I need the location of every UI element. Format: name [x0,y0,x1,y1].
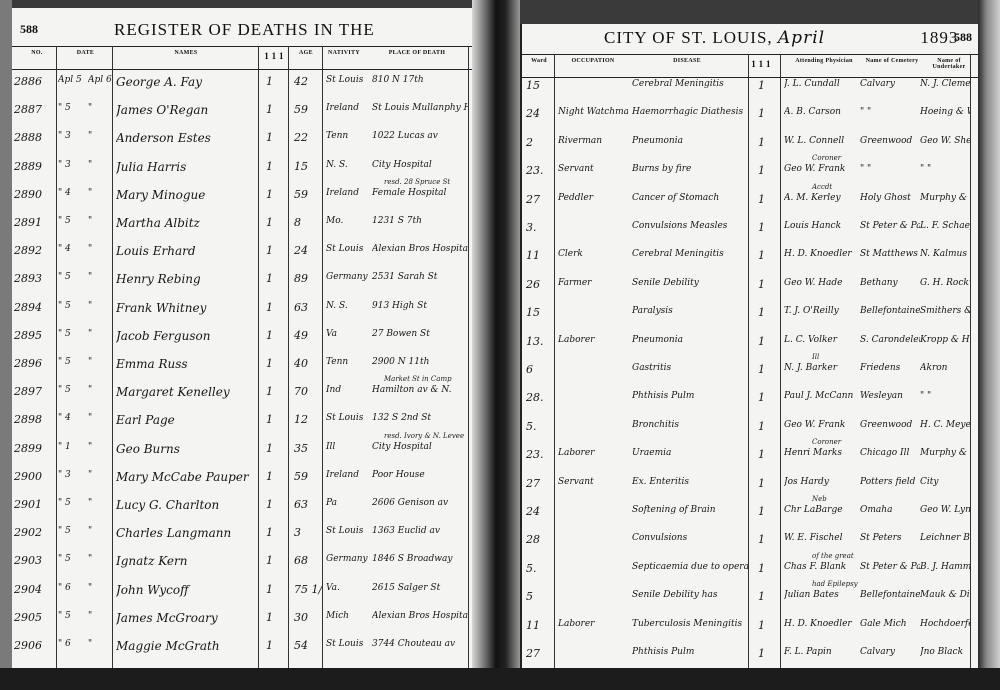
death-date: " 5 [58,385,86,395]
ward: 27 [526,477,554,490]
register-row: 2905" 5"James McGroary130MichAlexian Bro… [12,608,472,630]
registration-date: " [88,103,112,113]
background-right-edge [978,0,1000,690]
nativity: Ill [326,442,370,452]
register-row: 2903" 5"Ignatz Kern168Germany1846 S Broa… [12,551,472,573]
death-date: " 4 [58,413,86,423]
occupation: Night Watchman [558,107,628,117]
record-mark: 1 [758,448,774,461]
occupation: Servant [558,164,628,174]
death-date: " 3 [58,470,86,480]
annotation: of the great [812,552,854,560]
attending-physician: Chas F. Blank [784,562,858,572]
undertaker: H. C. Meyer [920,420,970,430]
sex-mark: 1 [266,244,282,257]
attending-physician: W. E. Fischel [784,533,858,543]
nativity: Tenn [326,357,370,367]
sex-mark: 1 [266,611,282,624]
register-row: 2RivermanPneumonia1W. L. ConnellGreenwoo… [522,133,978,155]
record-mark: 1 [758,647,774,660]
occupation: Riverman [558,136,628,146]
age: 59 [294,470,322,483]
place-of-death: City Hospital [372,442,468,452]
cemetery: Greenwood [860,136,920,146]
undertaker: " " [920,164,970,174]
registration-date: " [88,385,112,395]
nativity: St Louis [326,413,370,423]
record-mark: 1 [758,193,774,206]
registration-date: " [88,329,112,339]
record-mark: 1 [758,278,774,291]
header-disease: DISEASE [632,58,742,64]
ward: 2 [526,136,554,149]
register-row: 24Night WatchmanHaemorrhagic Diathesis1A… [522,104,978,126]
entry-number: 2888 [14,131,54,144]
record-mark: 1 [758,363,774,376]
register-row: 28.Phthisis Pulm1Paul J. McCannWesleyan"… [522,388,978,410]
place-of-death: 2531 Sarah St [372,272,468,282]
ward: 24 [526,107,554,120]
death-date: " 5 [58,357,86,367]
sex-mark: 1 [266,470,282,483]
record-mark: 1 [758,249,774,262]
ward: 5. [526,562,554,575]
attending-physician: Paul J. McCann [784,391,858,401]
registration-date: " [88,442,112,452]
undertaker: G. H. Rockwood [920,278,970,288]
entry-number: 2899 [14,442,54,455]
record-mark: 1 [758,79,774,92]
disease: Burns by fire [632,164,748,174]
death-date: " 1 [58,442,86,452]
place-of-death: 2615 Salger St [372,583,468,593]
cemetery: Bellefontaine [860,306,920,316]
place-of-death: 810 N 17th [372,75,468,85]
register-row: 2893" 5"Henry Rebing189Germany2531 Sarah… [12,269,472,291]
deceased-name: Charles Langmann [116,526,258,540]
death-date: " 5 [58,301,86,311]
death-date: " 4 [58,244,86,254]
nativity: St Louis [326,244,370,254]
undertaker: Smithers & Wagner [920,306,970,316]
death-date: " 5 [58,611,86,621]
sex-mark: 1 [266,583,282,596]
age: 54 [294,639,322,652]
ward: 13. [526,335,554,348]
registration-date: " [88,498,112,508]
disease: Haemorrhagic Diathesis [632,107,748,117]
place-of-death: 132 S 2nd St [372,413,468,423]
register-row: 15Cerebral Meningitis1J. L. CundallCalva… [522,76,978,98]
deceased-name: James McGroary [116,611,258,625]
undertaker: N. J. Clement [920,79,970,89]
sex-mark: 1 [266,526,282,539]
register-row: 5.Septicaemia due to operation on right … [522,559,978,581]
attending-physician: Jos Hardy [784,477,858,487]
registration-date: " [88,357,112,367]
header-age: AGE [290,50,322,56]
age: 3 [294,526,322,539]
cemetery: " " [860,164,920,174]
undertaker: B. J. Hammelter [920,562,970,572]
register-row: 2894" 5"Frank Whitney163N. S.913 High St [12,298,472,320]
disease: Phthisis Pulm [632,391,748,401]
entry-number: 2900 [14,470,54,483]
age: 63 [294,301,322,314]
registration-date: Apl 6 [88,75,112,85]
occupation: Clerk [558,249,628,259]
cemetery: Chicago Ill [860,448,920,458]
deceased-name: Frank Whitney [116,301,258,315]
ward: 26 [526,278,554,291]
annotation: resd. 28 Spruce St [384,178,450,186]
age: 63 [294,498,322,511]
annotation: Ill [812,353,819,361]
entry-number: 2897 [14,385,54,398]
annotation: had Epilepsy [812,580,858,588]
ward: 15 [526,306,554,319]
register-row: 28Convulsions1W. E. FischelSt PetersLeic… [522,530,978,552]
header-marks: 1 1 1 [746,59,776,69]
register-row: 23.LaborerUraemia1Henri MarksChicago Ill… [522,445,978,467]
disease: Bronchitis [632,420,748,430]
register-row: 27ServantEx. Enteritis1Jos HardyPotters … [522,474,978,496]
place-of-death: Hamilton av & N. [372,385,468,395]
attending-physician: Julian Bates [784,590,858,600]
registration-date: " [88,272,112,282]
death-date: " 5 [58,216,86,226]
place-of-death: 1022 Lucas av [372,131,468,141]
header-nativity: NATIVITY [324,50,364,56]
nativity: N. S. [326,160,370,170]
header-ward: Ward [524,58,554,64]
place-of-death: 3744 Chouteau av [372,639,468,649]
ward: 15 [526,79,554,92]
undertaker: Hochdoerfer [920,619,970,629]
register-row: 2892" 4"Louis Erhard124St LouisAlexian B… [12,241,472,263]
deceased-name: Margaret Kenelley [116,385,258,399]
nativity: Ireland [326,470,370,480]
undertaker: Leichner Bros [920,533,970,543]
place-of-death: Female Hospital [372,188,468,198]
disease: Cerebral Meningitis [632,249,748,259]
register-row: 5Senile Debility has1Julian BatesBellefo… [522,587,978,609]
sex-mark: 1 [266,442,282,455]
annotation: Coroner [812,154,841,162]
registration-date: " [88,413,112,423]
nativity: Va [326,329,370,339]
age: 15 [294,160,322,173]
nativity: St Louis [326,75,370,85]
entry-number: 2902 [14,526,54,539]
age: 35 [294,442,322,455]
undertaker: " " [920,391,970,401]
entry-number: 2894 [14,301,54,314]
cemetery: Holy Ghost [860,193,920,203]
deceased-name: Ignatz Kern [116,554,258,568]
registration-date: " [88,160,112,170]
age: 49 [294,329,322,342]
ward: 28. [526,391,554,404]
nativity: Ireland [326,188,370,198]
sex-mark: 1 [266,75,282,88]
ward: 5 [526,590,554,603]
occupation: Farmer [558,278,628,288]
ward: 23. [526,448,554,461]
background-left-edge [0,0,12,690]
nativity: Germany [326,272,370,282]
attending-physician: W. L. Connell [784,136,858,146]
registration-date: " [88,244,112,254]
age: 59 [294,188,322,201]
register-row: 23.ServantBurns by fire1Geo W. Frank" ""… [522,161,978,183]
age: 42 [294,75,322,88]
disease: Senile Debility has [632,590,748,600]
deceased-name: Maggie McGrath [116,639,258,653]
undertaker: Geo W. Sheridan [920,136,970,146]
place-of-death: Poor House [372,470,468,480]
cemetery: Potters field [860,477,920,487]
deceased-name: Lucy G. Charlton [116,498,258,512]
sex-mark: 1 [266,639,282,652]
disease: Pneumonia [632,136,748,146]
ward: 5. [526,420,554,433]
place-of-death: St Louis Mullanphy Hospital [372,103,468,113]
record-mark: 1 [758,477,774,490]
death-date: Apl 5 [58,75,86,85]
sex-mark: 1 [266,357,282,370]
cemetery: Omaha [860,505,920,515]
record-mark: 1 [758,221,774,234]
cemetery: " " [860,107,920,117]
sex-mark: 1 [266,188,282,201]
register-row: 15Paralysis1T. J. O'ReillyBellefontaineS… [522,303,978,325]
nativity: St Louis [326,526,370,536]
entry-number: 2889 [14,160,54,173]
right-page-title: CITY OF ST. LOUIS, April 1893 [604,28,958,54]
age: 24 [294,244,322,257]
attending-physician: Henri Marks [784,448,858,458]
age: 70 [294,385,322,398]
record-mark: 1 [758,164,774,177]
register-row: 11ClerkCerebral Meningitis1H. D. Knoedle… [522,246,978,268]
registration-date: " [88,131,112,141]
register-row: 5.Bronchitis1Geo W. FrankGreenwoodH. C. … [522,417,978,439]
age: 68 [294,554,322,567]
sex-mark: 1 [266,498,282,511]
nativity: Mich [326,611,370,621]
registration-date: " [88,526,112,536]
registration-date: " [88,188,112,198]
place-of-death: 27 Bowen St [372,329,468,339]
register-row: 6Gastritis1N. J. BarkerFriedensAkronIll [522,360,978,382]
annotation: Neb [812,495,827,503]
undertaker: Hoeing & Wittich [920,107,970,117]
cemetery: Friedens [860,363,920,373]
deceased-name: Jacob Ferguson [116,329,258,343]
nativity: Tenn [326,131,370,141]
register-row: 26FarmerSenile Debility1Geo W. HadeBetha… [522,275,978,297]
entry-number: 2896 [14,357,54,370]
attending-physician: Chr LaBarge [784,505,858,515]
sex-mark: 1 [266,301,282,314]
occupation: Laborer [558,335,628,345]
entry-number: 2887 [14,103,54,116]
ward: 11 [526,619,554,632]
disease: Pneumonia [632,335,748,345]
register-row: 2886Apl 5Apl 6George A. Fay142St Louis81… [12,72,472,94]
place-of-death: 2900 N 11th [372,357,468,367]
undertaker: City [920,477,970,487]
register-row: 27PeddlerCancer of Stomach1A. M. KerleyH… [522,190,978,212]
record-mark: 1 [758,391,774,404]
right-register-page: CITY OF ST. LOUIS, April 1893 588 Ward O… [520,24,978,668]
record-mark: 1 [758,590,774,603]
nativity: N. S. [326,301,370,311]
annotation: Coroner [812,438,841,446]
disease: Senile Debility [632,278,748,288]
register-row: 2899" 1"Geo Burns135IllCity Hospitalresd… [12,439,472,461]
sex-mark: 1 [266,329,282,342]
registration-date: " [88,639,112,649]
deceased-name: Anderson Estes [116,131,258,145]
age: 89 [294,272,322,285]
register-row: 2889" 3"Julia Harris115N. S.City Hospita… [12,157,472,179]
disease: Uraemia [632,448,748,458]
attending-physician: N. J. Barker [784,363,858,373]
registration-date: " [88,611,112,621]
death-date: " 5 [58,329,86,339]
header-sex-marks: 1 1 1 [262,51,286,61]
disease: Tuberculosis Meningitis [632,619,748,629]
entry-number: 2901 [14,498,54,511]
register-row: 2897" 5"Margaret Kenelley170IndHamilton … [12,382,472,404]
cemetery: Greenwood [860,420,920,430]
right-page-number: 588 [954,30,972,45]
sex-mark: 1 [266,385,282,398]
deceased-name: Emma Russ [116,357,258,371]
register-row: 2902" 5"Charles Langmann13St Louis1363 E… [12,523,472,545]
register-row: 2891" 5"Martha Albitz18Mo.1231 S 7th [12,213,472,235]
death-date: " 3 [58,160,86,170]
annotation: Market St in Camp [384,375,452,383]
record-mark: 1 [758,562,774,575]
disease: Cerebral Meningitis [632,79,748,89]
entry-number: 2898 [14,413,54,426]
register-row: 2904" 6"John Wycoff175 1/2Va.2615 Salger… [12,580,472,602]
death-date: " 5 [58,554,86,564]
cemetery: Gale Mich [860,619,920,629]
ward: 3. [526,221,554,234]
entry-number: 2895 [14,329,54,342]
nativity: Germany [326,554,370,564]
city-title: CITY OF ST. LOUIS, [604,28,773,47]
registration-date: " [88,301,112,311]
cemetery: Calvary [860,647,920,657]
sex-mark: 1 [266,413,282,426]
sex-mark: 1 [266,554,282,567]
death-date: " 5 [58,526,86,536]
entry-number: 2886 [14,75,54,88]
register-row: 2895" 5"Jacob Ferguson149Va27 Bowen St [12,326,472,348]
deceased-name: James O'Regan [116,103,258,117]
undertaker: N. Kalmus [920,249,970,259]
place-of-death: 913 High St [372,301,468,311]
deceased-name: George A. Fay [116,75,258,89]
deceased-name: Martha Albitz [116,216,258,230]
ward: 6 [526,363,554,376]
register-row: 2901" 5"Lucy G. Charlton163Pa2606 Geniso… [12,495,472,517]
attending-physician: T. J. O'Reilly [784,306,858,316]
deceased-name: Mary McCabe Pauper [116,470,258,484]
attending-physician: A. M. Kerley [784,193,858,203]
disease: Cancer of Stomach [632,193,748,203]
attending-physician: H. D. Knoedler [784,249,858,259]
nativity: Ind [326,385,370,395]
nativity: Mo. [326,216,370,226]
sex-mark: 1 [266,160,282,173]
register-row: 13.LaborerPneumonia1L. C. VolkerS. Caron… [522,332,978,354]
header-occupation: OCCUPATION [558,58,628,64]
register-row: 2887" 5"James O'Regan159IrelandSt Louis … [12,100,472,122]
place-of-death: 1846 S Broadway [372,554,468,564]
registration-date: " [88,583,112,593]
undertaker: Kropp & Hiersche [920,335,970,345]
header-physician: Attending Physician [784,58,864,64]
register-row: 11LaborerTuberculosis Meningitis1H. D. K… [522,616,978,638]
record-mark: 1 [758,136,774,149]
deceased-name: Geo Burns [116,442,258,456]
year-entry: 1893 [920,28,958,47]
header-place-of-death: PLACE OF DEATH [372,50,462,56]
nativity: St Louis [326,639,370,649]
entry-number: 2890 [14,188,54,201]
age: 22 [294,131,322,144]
registration-date: " [88,554,112,564]
nativity: Ireland [326,103,370,113]
age: 8 [294,216,322,229]
place-of-death: 2606 Genison av [372,498,468,508]
cemetery: St Matthews [860,249,920,259]
place-of-death: 1231 S 7th [372,216,468,226]
header-names: NAMES [116,50,256,56]
undertaker: Jno Black [920,647,970,657]
cemetery: St Peter & Paul [860,562,920,572]
ward: 11 [526,249,554,262]
deceased-name: Henry Rebing [116,272,258,286]
disease: Paralysis [632,306,748,316]
disease: Phthisis Pulm [632,647,748,657]
record-mark: 1 [758,619,774,632]
disease: Convulsions [632,533,748,543]
age: 75 1/2 [294,583,322,596]
disease: Softening of Brain [632,505,748,515]
entry-number: 2892 [14,244,54,257]
death-date: " 5 [58,272,86,282]
death-date: " 6 [58,639,86,649]
age: 59 [294,103,322,116]
undertaker: Mauk & Dickson [920,590,970,600]
disease: Septicaemia due to operation on right ha… [632,562,748,572]
cemetery: Wesleyan [860,391,920,401]
occupation: Servant [558,477,628,487]
death-date: " 5 [58,103,86,113]
register-row: 24Softening of Brain1Chr LaBargeOmahaGeo… [522,502,978,524]
disease: Gastritis [632,363,748,373]
record-mark: 1 [758,335,774,348]
attending-physician: Geo W. Frank [784,164,858,174]
annotation: Accdt [812,183,832,191]
